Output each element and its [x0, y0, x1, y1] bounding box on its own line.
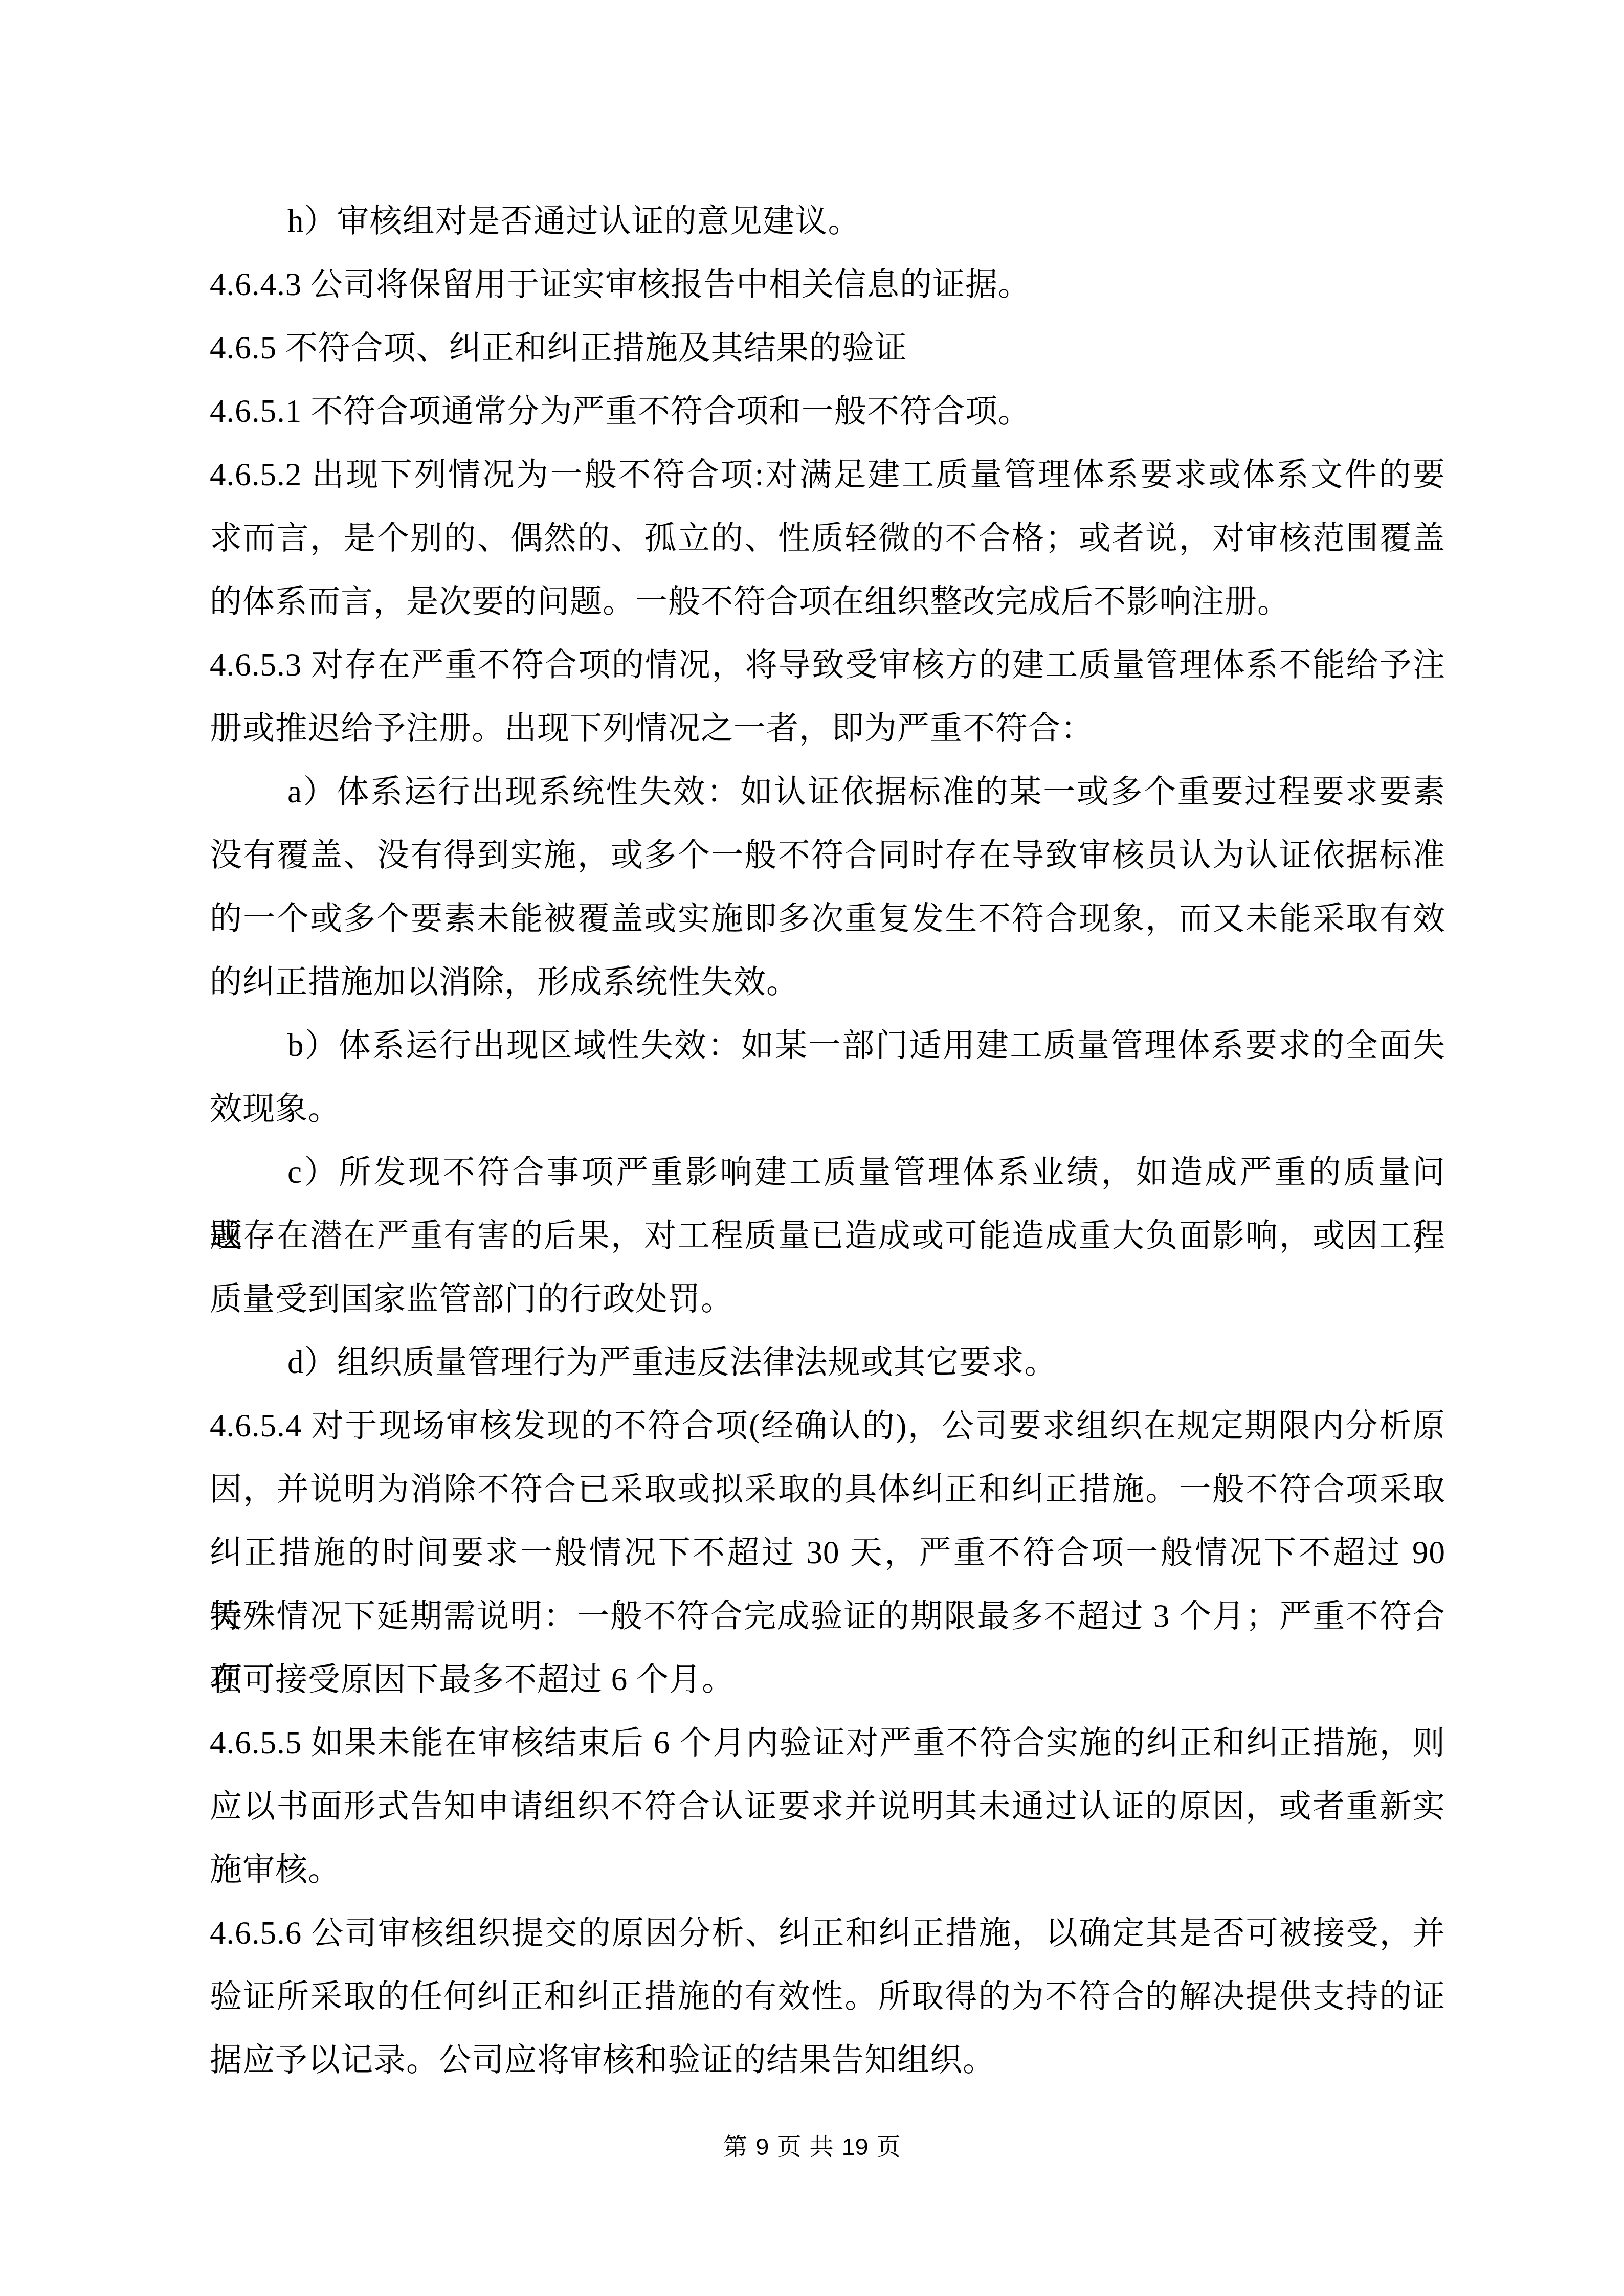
- text-line: d）组织质量管理行为严重违反法律法规或其它要求。: [210, 1331, 1445, 1394]
- text-line: 的一个或多个要素未能被覆盖或实施即多次重复发生不符合现象，而又未能采取有效: [210, 887, 1445, 950]
- text-line: 的体系而言，是次要的问题。一般不符合项在组织整改完成后不影响注册。: [210, 570, 1445, 633]
- text-line: a）体系运行出现系统性失效：如认证依据标准的某一或多个重要过程要求要素: [210, 760, 1445, 823]
- page-footer: 第9页共19页: [0, 2115, 1624, 2179]
- text-line: h）审核组对是否通过认证的意见建议。: [210, 189, 1445, 253]
- text-line: 效现象。: [210, 1077, 1445, 1140]
- text-line: 的纠正措施加以消除，形成系统性失效。: [210, 950, 1445, 1014]
- footer-current-page-number: 9: [755, 2133, 769, 2160]
- text-line: 因，并说明为消除不符合已采取或拟采取的具体纠正和纠正措施。一般不符合项采取: [210, 1457, 1445, 1521]
- document-body: h）审核组对是否通过认证的意见建议。 4.6.4.3 公司将保留用于证实审核报告…: [210, 189, 1445, 2091]
- footer-prefix-label: 第: [723, 2134, 747, 2160]
- text-line: 4.6.5.6 公司审核组织提交的原因分析、纠正和纠正措施，以确定其是否可被接受…: [210, 1901, 1445, 1965]
- text-line: 纠正措施的时间要求一般情况下不超过 30 天，严重不符合项一般情况下不超过 90…: [210, 1521, 1445, 1584]
- text-line: 施审核。: [210, 1838, 1445, 1901]
- text-line: 据应予以记录。公司应将审核和验证的结果告知组织。: [210, 2028, 1445, 2091]
- text-line: 册或推迟给予注册。出现下列情况之一者，即为严重不符合：: [210, 696, 1445, 760]
- text-line: 特殊情况下延期需说明：一般不符合完成验证的期限最多不超过 3 个月；严重不符合项: [210, 1584, 1445, 1648]
- text-line: 4.6.5.5 如果未能在审核结束后 6 个月内验证对严重不符合实施的纠正和纠正…: [210, 1711, 1445, 1774]
- text-line: 验证所采取的任何纠正和纠正措施的有效性。所取得的为不符合的解决提供支持的证: [210, 1965, 1445, 2028]
- text-line: 没有覆盖、没有得到实施，或多个一般不符合同时存在导致审核员认为认证依据标准: [210, 823, 1445, 887]
- text-line: 或存在潜在严重有害的后果，对工程质量已造成或可能造成重大负面影响，或因工程: [210, 1204, 1445, 1267]
- text-line: 求而言，是个别的、偶然的、孤立的、性质轻微的不合格；或者说，对审核范围覆盖: [210, 506, 1445, 570]
- footer-total-page-label: 页: [877, 2134, 901, 2160]
- text-line: 4.6.5.2 出现下列情况为一般不符合项:对满足建工质量管理体系要求或体系文件…: [210, 443, 1445, 506]
- text-line: b）体系运行出现区域性失效：如某一部门适用建工质量管理体系要求的全面失: [210, 1014, 1445, 1077]
- footer-of-label: 共: [809, 2134, 833, 2160]
- text-line: 应以书面形式告知申请组织不符合认证要求并说明其未通过认证的原因，或者重新实: [210, 1774, 1445, 1838]
- text-line: 4.6.5.3 对存在严重不符合项的情况，将导致受审核方的建工质量管理体系不能给…: [210, 633, 1445, 696]
- text-line: 质量受到国家监管部门的行政处罚。: [210, 1267, 1445, 1331]
- text-line: 4.6.5.4 对于现场审核发现的不符合项(经确认的)，公司要求组织在规定期限内…: [210, 1394, 1445, 1457]
- text-line: 4.6.4.3 公司将保留用于证实审核报告中相关信息的证据。: [210, 253, 1445, 316]
- footer-page-label: 页: [777, 2134, 801, 2160]
- text-line: 4.6.5 不符合项、纠正和纠正措施及其结果的验证: [210, 316, 1445, 379]
- text-line: 4.6.5.1 不符合项通常分为严重不符合项和一般不符合项。: [210, 379, 1445, 443]
- text-line: 在可接受原因下最多不超过 6 个月。: [210, 1648, 1445, 1711]
- footer-total-pages-number: 19: [841, 2133, 868, 2160]
- text-line: c）所发现不符合事项严重影响建工质量管理体系业绩，如造成严重的质量问题，: [210, 1140, 1445, 1204]
- document-page: h）审核组对是否通过认证的意见建议。 4.6.4.3 公司将保留用于证实审核报告…: [0, 0, 1624, 2296]
